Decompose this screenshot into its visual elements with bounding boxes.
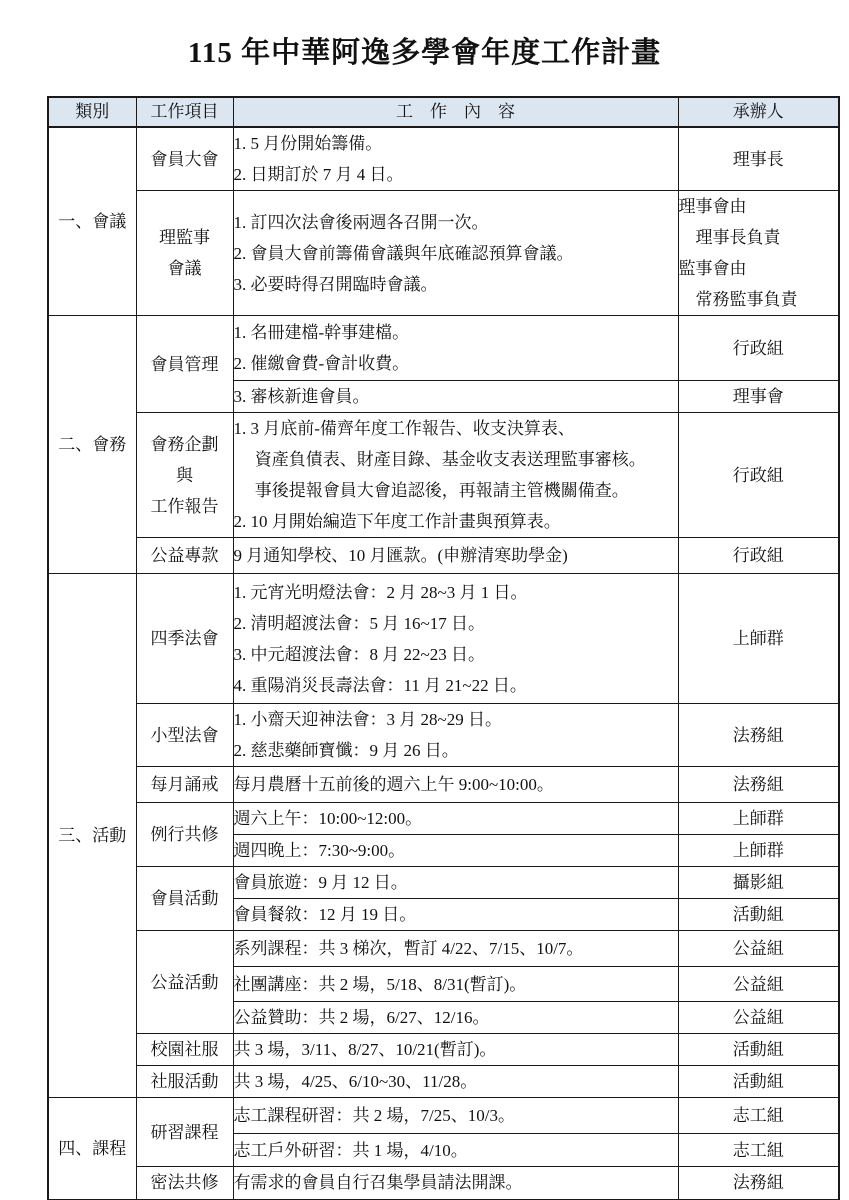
content-cell: 1. 3 月底前-備齊年度工作報告、收支決算表、 資產負債表、財產目錄、基金收支… <box>233 413 678 538</box>
owner-cell: 公益組 <box>678 1002 839 1034</box>
content-cell: 共 3 場，3/11、8/27、10/21(暫訂)。 <box>233 1034 678 1066</box>
content-cell: 共 3 場，4/25、6/10~30、11/28。 <box>233 1066 678 1098</box>
content-cell: 有需求的會員自行召集學員請法開課。 <box>233 1167 678 1200</box>
owner-cell: 法務組 <box>678 704 839 767</box>
item-cell: 公益專款 <box>136 538 233 574</box>
table-row: 四、課程 研習課程 志工課程研習：共 2 場，7/25、10/3。 志工組 <box>48 1098 839 1134</box>
owner-cell: 上師群 <box>678 803 839 835</box>
owner-cell: 上師群 <box>678 574 839 704</box>
content-cell: 每月農曆十五前後的週六上午 9:00~10:00。 <box>233 767 678 803</box>
item-cell: 四季法會 <box>136 574 233 704</box>
item-cell: 會務企劃 與 工作報告 <box>136 413 233 538</box>
item-cell: 校園社服 <box>136 1034 233 1066</box>
content-cell: 週六上午：10:00~12:00。 <box>233 803 678 835</box>
content-cell: 系列課程：共 3 梯次，暫訂 4/22、7/15、10/7。 <box>233 931 678 967</box>
table-row: 校園社服 共 3 場，3/11、8/27、10/21(暫訂)。 活動組 <box>48 1034 839 1066</box>
content-cell: 志工課程研習：共 2 場，7/25、10/3。 <box>233 1098 678 1134</box>
owner-cell: 理事會 <box>678 381 839 413</box>
table-row: 一、會議 會員大會 1. 5 月份開始籌備。 2. 日期訂於 7 月 4 日。 … <box>48 127 839 191</box>
content-cell: 社團講座：共 2 場，5/18、8/31(暫訂)。 <box>233 967 678 1002</box>
header-item: 工作項目 <box>136 97 233 127</box>
category-cell-activities: 三、活動 <box>48 574 136 1098</box>
content-cell: 志工戶外研習：共 1 場，4/10。 <box>233 1134 678 1167</box>
content-cell: 週四晚上：7:30~9:00。 <box>233 835 678 867</box>
item-cell: 會員大會 <box>136 127 233 191</box>
table-row: 三、活動 四季法會 1. 元宵光明燈法會：2 月 28~3 月 1 日。 2. … <box>48 574 839 704</box>
item-cell: 研習課程 <box>136 1098 233 1167</box>
table-row: 理監事 會議 1. 訂四次法會後兩週各召開一次。 2. 會員大會前籌備會議與年底… <box>48 191 839 316</box>
item-cell: 公益活動 <box>136 931 233 1034</box>
item-cell: 會員活動 <box>136 867 233 931</box>
owner-cell: 志工組 <box>678 1098 839 1134</box>
page-title: 115 年中華阿逸多學會年度工作計畫 <box>0 30 849 71</box>
content-cell: 1. 元宵光明燈法會：2 月 28~3 月 1 日。 2. 清明超渡法會：5 月… <box>233 574 678 704</box>
table-row: 公益專款 9 月通知學校、10 月匯款。(申辦清寒助學金) 行政組 <box>48 538 839 574</box>
content-cell: 1. 小齋天迎神法會：3 月 28~29 日。 2. 慈悲藥師寶懺：9 月 26… <box>233 704 678 767</box>
table-row: 小型法會 1. 小齋天迎神法會：3 月 28~29 日。 2. 慈悲藥師寶懺：9… <box>48 704 839 767</box>
table-row: 密法共修 有需求的會員自行召集學員請法開課。 法務組 <box>48 1167 839 1200</box>
owner-cell: 理事長 <box>678 127 839 191</box>
owner-cell: 活動組 <box>678 1034 839 1066</box>
table-row: 會員活動 會員旅遊：9 月 12 日。 攝影組 <box>48 867 839 899</box>
table-row: 公益活動 系列課程：共 3 梯次，暫訂 4/22、7/15、10/7。 公益組 <box>48 931 839 967</box>
owner-cell: 行政組 <box>678 316 839 381</box>
content-cell: 公益贊助：共 2 場，6/27、12/16。 <box>233 1002 678 1034</box>
item-cell: 社服活動 <box>136 1066 233 1098</box>
content-cell: 會員餐敘：12 月 19 日。 <box>233 899 678 931</box>
content-cell: 會員旅遊：9 月 12 日。 <box>233 867 678 899</box>
item-cell: 小型法會 <box>136 704 233 767</box>
content-cell: 3. 審核新進會員。 <box>233 381 678 413</box>
owner-cell: 上師群 <box>678 835 839 867</box>
item-cell: 每月誦戒 <box>136 767 233 803</box>
annual-work-plan-table: 類別 工作項目 工 作 內 容 承辦人 一、會議 會員大會 1. 5 月份開始籌… <box>47 96 840 1200</box>
content-cell: 1. 名冊建檔-幹事建檔。 2. 催繳會費-會計收費。 <box>233 316 678 381</box>
item-cell: 會員管理 <box>136 316 233 413</box>
owner-cell: 行政組 <box>678 413 839 538</box>
item-cell: 理監事 會議 <box>136 191 233 316</box>
header-category: 類別 <box>48 97 136 127</box>
owner-cell: 法務組 <box>678 767 839 803</box>
table-row: 二、會務 會員管理 1. 名冊建檔-幹事建檔。 2. 催繳會費-會計收費。 行政… <box>48 316 839 381</box>
owner-cell: 活動組 <box>678 899 839 931</box>
content-cell: 9 月通知學校、10 月匯款。(申辦清寒助學金) <box>233 538 678 574</box>
category-cell-affairs: 二、會務 <box>48 316 136 574</box>
content-cell: 1. 訂四次法會後兩週各召開一次。 2. 會員大會前籌備會議與年底確認預算會議。… <box>233 191 678 316</box>
header-owner: 承辦人 <box>678 97 839 127</box>
table-row: 例行共修 週六上午：10:00~12:00。 上師群 <box>48 803 839 835</box>
category-cell-meetings: 一、會議 <box>48 127 136 316</box>
owner-cell: 公益組 <box>678 967 839 1002</box>
category-cell-courses: 四、課程 <box>48 1098 136 1200</box>
header-content: 工 作 內 容 <box>233 97 678 127</box>
owner-cell: 志工組 <box>678 1134 839 1167</box>
item-cell: 密法共修 <box>136 1167 233 1200</box>
table-row: 社服活動 共 3 場，4/25、6/10~30、11/28。 活動組 <box>48 1066 839 1098</box>
owner-cell: 法務組 <box>678 1167 839 1200</box>
content-cell: 1. 5 月份開始籌備。 2. 日期訂於 7 月 4 日。 <box>233 127 678 191</box>
owner-cell: 公益組 <box>678 931 839 967</box>
table-row: 每月誦戒 每月農曆十五前後的週六上午 9:00~10:00。 法務組 <box>48 767 839 803</box>
document-page: 115 年中華阿逸多學會年度工作計畫 類別 工作項目 工 作 內 容 承辦人 一… <box>0 0 849 1200</box>
owner-cell: 行政組 <box>678 538 839 574</box>
item-cell: 例行共修 <box>136 803 233 867</box>
owner-cell: 理事會由 理事長負責 監事會由 常務監事負責 <box>678 191 839 316</box>
table-row: 會務企劃 與 工作報告 1. 3 月底前-備齊年度工作報告、收支決算表、 資產負… <box>48 413 839 538</box>
header-row: 類別 工作項目 工 作 內 容 承辦人 <box>48 97 839 127</box>
owner-cell: 攝影組 <box>678 867 839 899</box>
owner-cell: 活動組 <box>678 1066 839 1098</box>
